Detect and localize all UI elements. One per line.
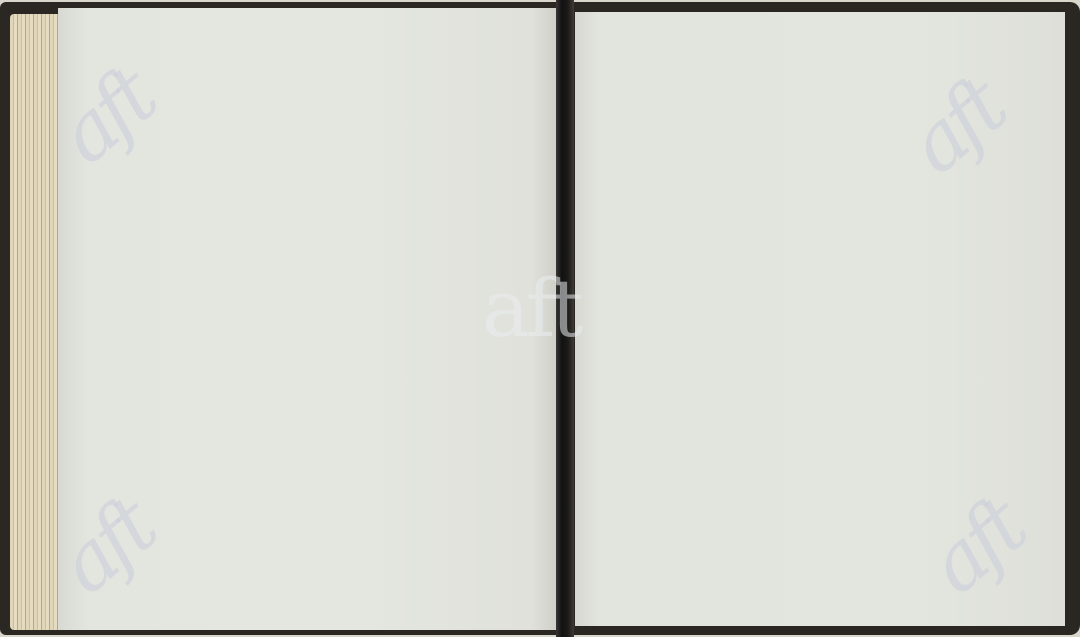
watermark-center: aft [482, 262, 579, 355]
open-book-photo: aft aft aft aft aft [0, 0, 1080, 637]
